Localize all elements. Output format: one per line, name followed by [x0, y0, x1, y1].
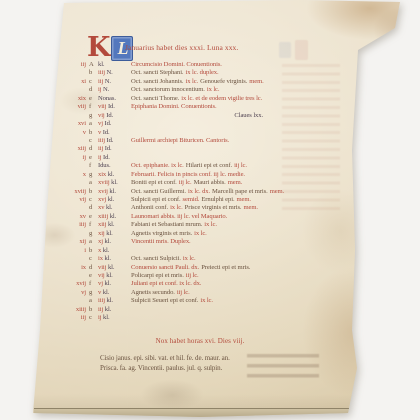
feast-text: Policarpi epi et mris. [131, 272, 186, 279]
golden-number: ij [66, 154, 89, 162]
feast-entry: Policarpi epi et mris.iij lc. [131, 272, 349, 280]
dominical-letter: a [89, 120, 98, 128]
calendar-row: evij kl.Policarpi epi et mris.iij lc. [66, 272, 349, 280]
dominical-letter: f [89, 162, 98, 170]
feast-entry: Sulpicii epi et conf.semid.Ernulphi epi.… [131, 196, 349, 204]
feast-entry: Oct. sancti Guillermi.ix lc. dx.Marcelli… [131, 188, 349, 196]
dominical-letter: c [89, 196, 98, 204]
roman-day: ij Id. [98, 154, 131, 162]
roman-day-number: vij [98, 272, 106, 279]
roman-day-word: N. [103, 86, 109, 93]
golden-number [66, 137, 89, 145]
dominical-letter: e [89, 154, 98, 162]
feast-entry: Vincentii mris. Duplex. [131, 238, 349, 246]
roman-day-word: kl. [108, 221, 114, 228]
feast-entry [131, 247, 349, 255]
feast-text: ix lc. [185, 78, 200, 85]
calendar-row: iijAkl.Circumcisio Domini. Conuentionis. [66, 61, 349, 69]
feast-entry: Boniti epi et conf.iij lc.Mauri abbis.me… [131, 179, 349, 187]
golden-number [66, 230, 89, 238]
roman-day: xv kl. [98, 204, 131, 212]
feast-text: Guillermi archiepi Bituricen. Cantoris. [131, 137, 231, 144]
roman-day-word: kl. [110, 213, 116, 220]
feast-text: Fabiani et Sebastiani mrum. [131, 221, 204, 228]
feast-text: Oct. sancti Sulpicii. [131, 255, 183, 262]
calendar-row: gxij kl.Agnetis virginis et mris.ix lc. [66, 230, 349, 238]
roman-day-number: viij [98, 103, 108, 110]
roman-day: viij Id. [98, 103, 131, 111]
roman-day-word: kl. [106, 272, 112, 279]
calendar-row: xvijfvj kl.Juliani epi et conf. ix lc. d… [66, 280, 349, 288]
dominical-letter: e [89, 95, 98, 103]
feast-entry: Conuersio sancti Pauli. dx.Preiecti epi … [131, 264, 349, 272]
calendar-row: xijaxj kl.Vincentii mris. Duplex. [66, 238, 349, 246]
dominical-letter: b [89, 129, 98, 137]
calendar-row: xixeNonas.Oct. sancti Thome.ix lc. et de… [66, 95, 349, 103]
feast-text: iij lc. [234, 162, 249, 169]
roman-day-word: kl. [106, 204, 112, 211]
dominical-letter: f [89, 221, 98, 229]
calendar-row: xviavj Id. [66, 120, 349, 128]
calendar-row: biiij N.Oct. sancti Stephani.ix lc. dupl… [66, 69, 349, 77]
dominical-letter: g [89, 171, 98, 179]
roman-day-number: vij [98, 112, 106, 119]
golden-number: xiij [66, 145, 89, 153]
manuscript-photo: K L Januarius habet dies xxxi. Luna xxx.… [0, 0, 420, 420]
feast-text: ix lc. [183, 255, 198, 262]
feast-entry: Anthonii conf.ix lc.Prisce virginis et m… [131, 204, 349, 212]
golden-number: xviij [66, 188, 89, 196]
dominical-letter: e [89, 272, 98, 280]
feast-text: Agnetis secundo. [131, 289, 177, 296]
dominical-letter: d [89, 204, 98, 212]
dominical-letter: b [89, 188, 98, 196]
feast-entry [131, 145, 349, 153]
calendar-row: ciiij Id.Guillermi archiepi Bituricen. C… [66, 137, 349, 145]
feast-text: Preiecti epi et mris. [201, 264, 252, 271]
feast-entry: Oct. sanctorum innocentium.ix lc. [131, 86, 349, 94]
feast-text: Oct. sancti Thome. [131, 95, 181, 102]
roman-day-word: Id. [103, 129, 110, 136]
golden-number [66, 255, 89, 263]
roman-day: xvij kl. [98, 188, 131, 196]
calendar-row: xvexiiij kl.Launomari abbis. iij lc. vel… [66, 213, 349, 221]
calendar-row: xiiijbiij kl. [66, 306, 349, 314]
golden-number [66, 179, 89, 187]
calendar-rows: iijAkl.Circumcisio Domini. Conuentionis.… [66, 61, 349, 323]
roman-day: iij kl. [98, 306, 131, 314]
calendar-row: viijfviij Id.Epiphania Domini. Conuentio… [66, 103, 349, 111]
roman-day-word: Id. [104, 120, 111, 127]
roman-day-number: iij [98, 78, 105, 85]
feast-text: Juliani epi et conf. ix lc. dx. [131, 280, 203, 287]
feast-text: mem. [228, 179, 244, 186]
feast-text: ix lc. [194, 230, 209, 237]
golden-number: v [66, 129, 89, 137]
dominical-letter: b [89, 69, 98, 77]
calendar-row: aiiij kl.Sulpicii Seueri epi et conf.ix … [66, 297, 349, 305]
feast-entry: Juliani epi et conf. ix lc. dx. [131, 280, 349, 288]
cisiojanus-verse-line-2: Prisca. fa. ag. Vincentii. paulus. jul. … [100, 364, 222, 373]
roman-day-word: kl. [103, 289, 109, 296]
roman-day-number: iij [98, 306, 105, 313]
feast-text: Ernulphi epi. [201, 196, 236, 203]
roman-day: v kl. [98, 289, 131, 297]
roman-day-word: kl. [108, 264, 114, 271]
feast-text: Hilarii epi et conf. [186, 162, 234, 169]
golden-number [66, 112, 89, 120]
month-title: Januarius habet dies xxxi. Luna xxx. [125, 43, 238, 52]
golden-number [66, 69, 89, 77]
roman-day: xiiij kl. [98, 213, 131, 221]
dominical-letter: a [89, 179, 98, 187]
feast-text: mem. [249, 78, 265, 85]
calendar-row: vbv Id. [66, 129, 349, 137]
roman-day-word: N. [106, 69, 112, 76]
feast-entry: Oct. sancti Sulpicii.ix lc. [131, 255, 349, 263]
feast-text: Oct. sancti Stephani. [131, 69, 185, 76]
golden-number: iij [66, 314, 89, 322]
feast-entry: Oct. sancti Johannis.ix lc.Genouefe virg… [131, 78, 349, 86]
roman-day-word: kl. [108, 196, 114, 203]
roman-day: xj kl. [98, 238, 131, 246]
calendar-row: dxv kl.Anthonii conf.ix lc.Prisce virgin… [66, 204, 349, 212]
roman-day-word: kl. [98, 61, 104, 68]
roman-day: vj kl. [98, 280, 131, 288]
roman-day-number: iij [98, 145, 105, 152]
feast-text: Epiphania Domini. Conuentionis. [131, 103, 219, 110]
roman-day-number: viij [98, 264, 108, 271]
roman-day: xiij kl. [98, 221, 131, 229]
calendar-row: ibx kl. [66, 247, 349, 255]
feast-text: Prisce virginis et mris. [185, 204, 244, 211]
golden-number [66, 272, 89, 280]
dominical-letter: g [89, 289, 98, 297]
golden-number [66, 297, 89, 305]
feast-text: Vincentii mris. Duplex. [131, 238, 193, 245]
roman-day-word: kl. [104, 280, 110, 287]
feast-text: Launomari abbis. iij lc. vel Maquario. [131, 213, 229, 220]
roman-day-word: Id. [108, 103, 115, 110]
dominical-letter: c [89, 78, 98, 86]
feast-entry [131, 314, 349, 322]
calendar-row: ijeij Id. [66, 154, 349, 162]
dominical-letter: d [89, 145, 98, 153]
roman-day: xix kl. [98, 171, 131, 179]
feast-text: Anthonii conf. [131, 204, 170, 211]
leaf-bottom-edge [34, 408, 356, 418]
golden-number: xi [66, 78, 89, 86]
feast-text: iij lc. [186, 272, 201, 279]
golden-number: iiij [66, 221, 89, 229]
roman-day-word: kl. [106, 297, 112, 304]
feast-entry: Oct. sancti Stephani.ix lc. duplex. [131, 69, 349, 77]
roman-day-word: kl. [104, 255, 110, 262]
golden-number: viij [66, 103, 89, 111]
roman-day-word: kl. [109, 188, 115, 195]
dominical-letter: A [89, 61, 98, 69]
roman-day: ij N. [98, 86, 131, 94]
roman-day: iij N. [98, 78, 131, 86]
leaf-shadow: K L Januarius habet dies xxxi. Luna xxx.… [0, 0, 420, 420]
feast-entry [131, 112, 234, 120]
feast-text: Oct. sancti Johannis. [131, 78, 185, 85]
roman-day: ij kl. [98, 314, 131, 322]
feast-text: Oct. epiphanie. ix lc. [131, 162, 186, 169]
feast-entry: Agnetis virginis et mris.ix lc. [131, 230, 349, 238]
feast-text: Marcelli pape et mris. [212, 188, 270, 195]
calendar-row: iijcij kl. [66, 314, 349, 322]
roman-day-word: Id. [106, 137, 113, 144]
roman-day-word: N. [105, 78, 111, 85]
golden-number: xvij [66, 280, 89, 288]
feast-text: semid. [183, 196, 202, 203]
feast-entry: Fabiani et Sebastiani mrum.ix lc. [131, 221, 349, 229]
dominical-letter: f [89, 103, 98, 111]
roman-day-word: Id. [106, 112, 113, 119]
feast-text: ix lc. [207, 86, 222, 93]
feast-text: Sulpicii Seueri epi et conf. [131, 297, 200, 304]
roman-day: Nonas. [98, 95, 131, 103]
feast-entry [131, 306, 349, 314]
feast-entry: Oct. sancti Thome.ix lc. et de eodem vig… [131, 95, 349, 103]
day-length-rubric: Nox habet horas xvi. Dies viij. [100, 337, 300, 345]
dominical-letter: d [89, 264, 98, 272]
golden-number [66, 86, 89, 94]
roman-day: vij Id. [98, 112, 131, 120]
roman-day-word: Nonas. [98, 95, 116, 102]
feast-entry [131, 120, 349, 128]
roman-day-number: xv [98, 204, 106, 211]
calendar-row: iiijfxiij kl.Fabiani et Sebastiani mrum.… [66, 221, 349, 229]
feast-entry: Sulpicii Seueri epi et conf.ix lc. [131, 297, 349, 305]
golden-number: iij [66, 61, 89, 69]
calendar-row: xiciij N.Oct. sancti Johannis.ix lc.Geno… [66, 78, 349, 86]
feast-text: Sulpicii epi et conf. [131, 196, 183, 203]
roman-day-word: kl. [106, 230, 112, 237]
golden-number: x [66, 171, 89, 179]
roman-day-word: kl. [105, 306, 111, 313]
feast-text: ix lc. dx. [188, 188, 212, 195]
kl-monogram-k: K [87, 35, 110, 60]
roman-day: iij Id. [98, 145, 131, 153]
roman-day-word: kl. [103, 247, 109, 254]
calendar-row: ixdviij kl.Conuersio sancti Pauli. dx.Pr… [66, 264, 349, 272]
feast-text: Februarii. Felicis in pincis conf. iij l… [131, 171, 247, 178]
calendar-row: xgxix kl.Februarii. Felicis in pincis co… [66, 171, 349, 179]
calendar-row: axviij kl.Boniti epi et conf.iij lc.Maur… [66, 179, 349, 187]
feast-entry: Guillermi archiepi Bituricen. Cantoris. [131, 137, 349, 145]
roman-day-word: kl. [108, 171, 114, 178]
dominical-letter: c [89, 137, 98, 145]
feast-text: Conuersio sancti Pauli. dx. [131, 264, 201, 271]
feast-entry [131, 129, 349, 137]
feast-entry: Epiphania Domini. Conuentionis. [131, 103, 349, 111]
roman-day-number: xvij [98, 188, 109, 195]
roman-day-word: Idus. [98, 162, 111, 169]
roman-day: x kl. [98, 247, 131, 255]
dominical-letter: a [89, 238, 98, 246]
roman-day: kl. [98, 61, 131, 69]
feast-text: Genouefe virginis. [200, 78, 249, 85]
feast-text: Oct. sanctorum innocentium. [131, 86, 207, 93]
feast-text: Agnetis virginis et mris. [131, 230, 194, 237]
dominical-letter: c [89, 255, 98, 263]
feast-entry: Februarii. Felicis in pincis conf. iij l… [131, 171, 349, 179]
feast-entry: Launomari abbis. iij lc. vel Maquario. [131, 213, 349, 221]
calendar-row: vijcxvj kl.Sulpicii epi et conf.semid.Er… [66, 196, 349, 204]
dominical-letter: b [89, 247, 98, 255]
dominical-letter: b [89, 306, 98, 314]
golden-number: vj [66, 289, 89, 297]
parchment-leaf: K L Januarius habet dies xxxi. Luna xxx.… [0, 0, 420, 420]
roman-day: v Id. [98, 129, 131, 137]
feast-text: ix lc. [200, 297, 215, 304]
feast-text: Boniti epi et conf. [131, 179, 179, 186]
roman-day: vj Id. [98, 120, 131, 128]
golden-number: xix [66, 95, 89, 103]
golden-number: xvi [66, 120, 89, 128]
roman-day: ix kl. [98, 255, 131, 263]
calendar-row: cix kl.Oct. sancti Sulpicii.ix lc. [66, 255, 349, 263]
golden-number: xv [66, 213, 89, 221]
feast-text: ix lc. duplex. [185, 69, 220, 76]
calendar-page-content: K L Januarius habet dies xxxi. Luna xxx.… [0, 0, 420, 420]
roman-day: xvj kl. [98, 196, 131, 204]
claves-note: Claues lxx. [234, 112, 263, 120]
feast-text: mem. [237, 196, 253, 203]
roman-day-number: xviij [98, 179, 111, 186]
roman-day: iiij Id. [98, 137, 131, 145]
roman-day: iiij kl. [98, 297, 131, 305]
cisiojanus-verse-line-1: Cisio janus. epi. sibi. vat. et hil. fe.… [100, 354, 230, 363]
feast-entry: Oct. epiphanie. ix lc.Hilarii epi et con… [131, 162, 349, 170]
dominical-letter: c [89, 314, 98, 322]
roman-day-number: xvj [98, 196, 108, 203]
feast-entry: Circumcisio Domini. Conuentionis. [131, 61, 349, 69]
calendar-row: dij N.Oct. sanctorum innocentium.ix lc. [66, 86, 349, 94]
feast-text: mem. [243, 204, 259, 211]
golden-number [66, 204, 89, 212]
calendar-row: xviijbxvij kl.Oct. sancti Guillermi.ix l… [66, 188, 349, 196]
dominical-letter: g [89, 230, 98, 238]
feast-text: ix lc. [204, 221, 219, 228]
golden-number: ix [66, 264, 89, 272]
feast-text: iij lc. [177, 289, 192, 296]
roman-day-word: Id. [103, 154, 110, 161]
feast-entry [131, 154, 349, 162]
dominical-letter: d [89, 86, 98, 94]
roman-day: Idus. [98, 162, 131, 170]
feast-text: Oct. sancti Guillermi. [131, 188, 188, 195]
roman-day-number: xiij [98, 221, 108, 228]
roman-day-word: kl. [111, 179, 117, 186]
golden-number: xiiij [66, 306, 89, 314]
calendar-row: vjgv kl.Agnetis secundo.iij lc. [66, 289, 349, 297]
roman-day: viij kl. [98, 264, 131, 272]
roman-day: xviij kl. [98, 179, 131, 187]
dominical-letter: g [89, 112, 98, 120]
roman-day-number: xix [98, 171, 108, 178]
calendar-row: fIdus.Oct. epiphanie. ix lc.Hilarii epi … [66, 162, 349, 170]
feast-text: Circumcisio Domini. Conuentionis. [131, 61, 224, 68]
dominical-letter: a [89, 297, 98, 305]
roman-day-word: kl. [103, 314, 109, 321]
roman-day-word: Id. [105, 145, 112, 152]
feast-text: iij lc. [179, 179, 194, 186]
roman-day-word: kl. [104, 238, 110, 245]
feast-text: ix lc. [170, 204, 185, 211]
roman-day-number: xiiij [98, 213, 110, 220]
golden-number [66, 162, 89, 170]
feast-entry: Agnetis secundo.iij lc. [131, 289, 349, 297]
roman-day: iiij N. [98, 69, 131, 77]
calendar-row: gvij Id.Claues lxx. [66, 112, 349, 120]
calendar-row: xiijdiij Id. [66, 145, 349, 153]
roman-day: xij kl. [98, 230, 131, 238]
dominical-letter: f [89, 280, 98, 288]
feast-text: ix lc. et de eodem vigilie tres lc. [181, 95, 264, 102]
golden-number: i [66, 247, 89, 255]
golden-number: vij [66, 196, 89, 204]
dominical-letter: e [89, 213, 98, 221]
roman-day: vij kl. [98, 272, 131, 280]
feast-text: Mauri abbis. [194, 179, 228, 186]
feast-text: mem. [270, 188, 286, 195]
roman-day-number: xij [98, 230, 106, 237]
golden-number: xij [66, 238, 89, 246]
